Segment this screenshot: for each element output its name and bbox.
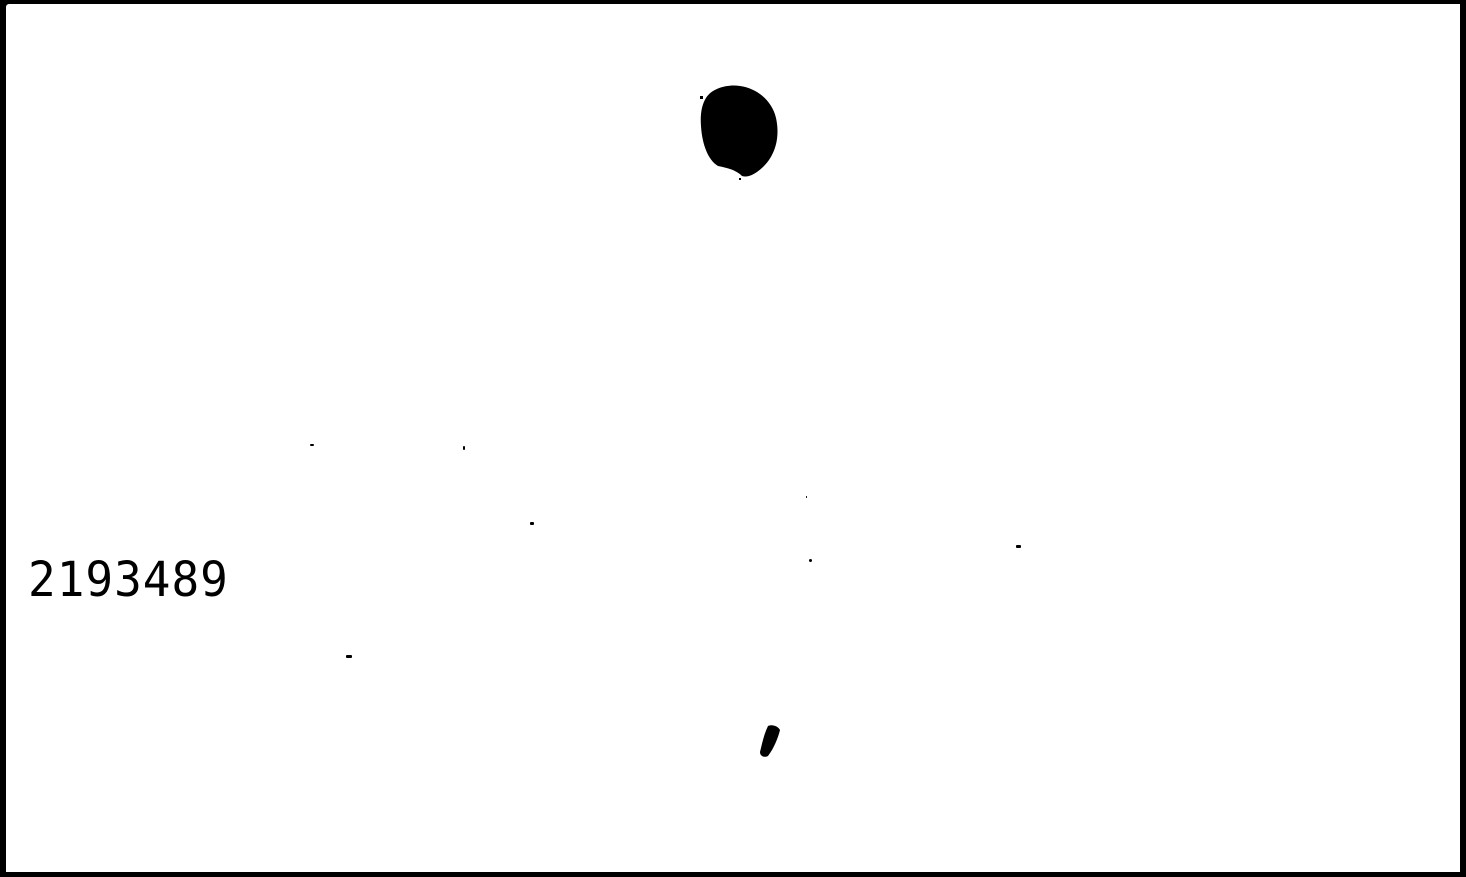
speck [530, 522, 534, 525]
speck [310, 444, 314, 446]
speck [1016, 545, 1021, 548]
ink-blot-icon [700, 84, 780, 180]
scanned-card: 2193489 [6, 4, 1462, 872]
pen-mark-icon [756, 722, 786, 760]
speck [806, 496, 807, 498]
document-number: 2193489 [28, 552, 229, 607]
speck [463, 446, 465, 450]
speck [346, 655, 352, 658]
scan-edge [1460, 0, 1466, 877]
speck [809, 559, 812, 562]
